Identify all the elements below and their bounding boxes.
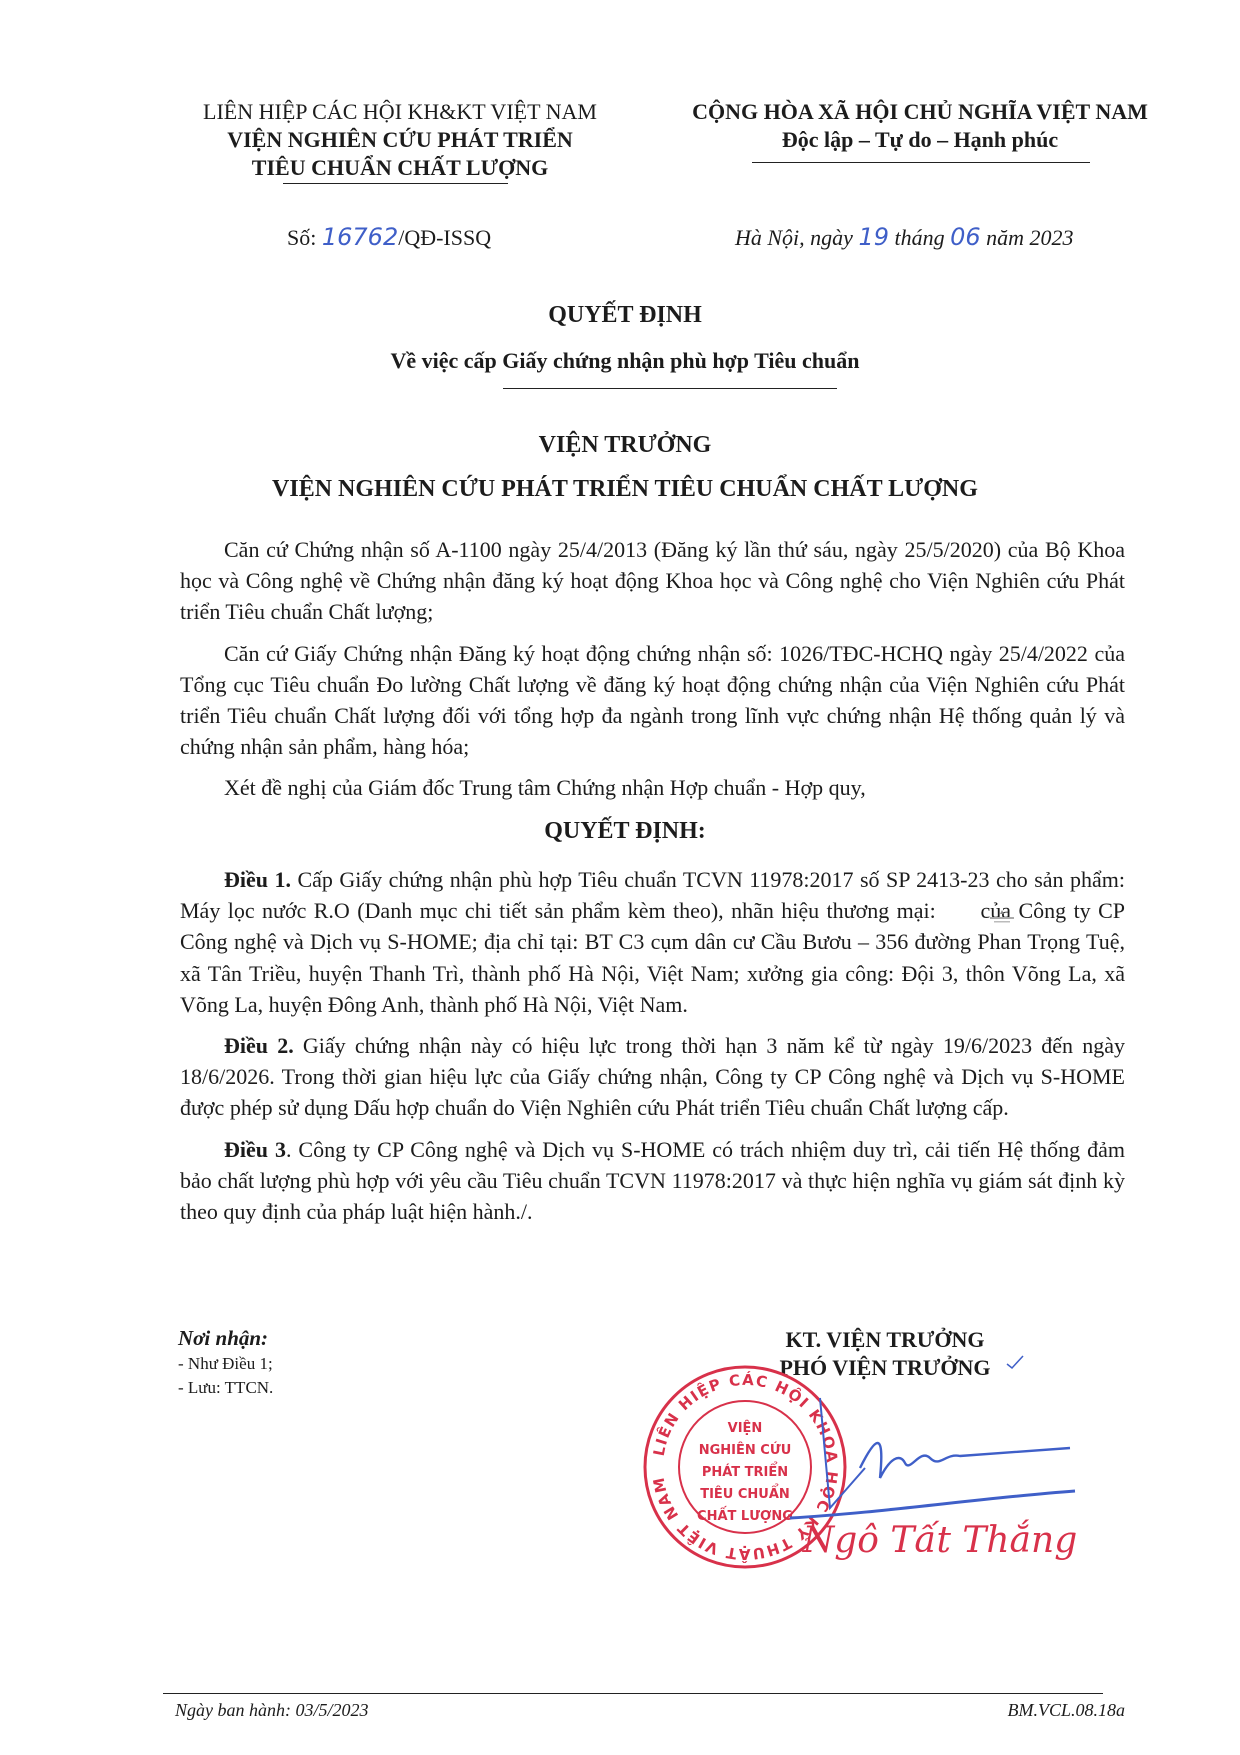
document-subtitle: Về việc cấp Giấy chứng nhận phù hợp Tiêu…: [150, 348, 1100, 374]
handwritten-month: 06: [950, 223, 981, 251]
header-right-divider: [752, 162, 1090, 163]
preamble-clause-1: Căn cứ Chứng nhận số A-1100 ngày 25/4/20…: [180, 534, 1125, 628]
preamble-clause-3: Xét đề nghị của Giám đốc Trung tâm Chứng…: [180, 772, 1125, 803]
article-3-label: Điều 3: [224, 1137, 286, 1162]
article-1-label: Điều 1.: [224, 867, 291, 892]
document-date: Hà Nội, ngày 19 tháng 06 năm 2023: [735, 223, 1074, 251]
authority-title: VIỆN TRƯỞNG: [150, 432, 1100, 459]
trademark-logo-icon: [943, 904, 973, 922]
motto: Độc lập – Tự do – Hạnh phúc: [655, 126, 1185, 154]
initial-check-mark-icon: [1005, 1352, 1025, 1372]
article-3: Điều 3. Công ty CP Công nghệ và Dịch vụ …: [180, 1134, 1125, 1228]
handwritten-number: 16762: [322, 223, 398, 251]
signer-name: Ngô Tất Thắng: [790, 1520, 1090, 1561]
country-name: CỘNG HÒA XÃ HỘI CHỦ NGHĨA VIỆT NAM: [655, 98, 1185, 126]
article-1: Điều 1. Cấp Giấy chứng nhận phù hợp Tiêu…: [180, 864, 1125, 1020]
national-motto: CỘNG HÒA XÃ HỘI CHỦ NGHĨA VIỆT NAM Độc l…: [655, 98, 1185, 154]
handwritten-day: 19: [858, 223, 889, 251]
handwritten-signature: [700, 1378, 1100, 1528]
preamble-clause-2: Căn cứ Giấy Chứng nhận Đăng ký hoạt động…: [180, 638, 1125, 763]
authority-institute: VIỆN NGHIÊN CỨU PHÁT TRIỂN TIÊU CHUẨN CH…: [150, 476, 1100, 503]
title-divider: [503, 388, 837, 389]
recipient-item: - Lưu: TTCN.: [178, 1376, 273, 1400]
form-code: BM.VCL.08.18a: [1007, 1700, 1125, 1721]
parent-organization: LIÊN HIỆP CÁC HỘI KH&KT VIỆT NAM: [150, 98, 650, 126]
document-number: Số: 16762/QĐ-ISSQ: [287, 223, 491, 251]
header-left-divider: [283, 183, 508, 184]
preamble: Căn cứ Chứng nhận số A-1100 ngày 25/4/20…: [180, 534, 1125, 814]
institute-name-line1: VIỆN NGHIÊN CỨU PHÁT TRIỂN: [150, 126, 650, 154]
recipients: Nơi nhận: - Như Điều 1; - Lưu: TTCN.: [178, 1326, 273, 1400]
institute-name-line2: TIÊU CHUẨN CHẤT LƯỢNG: [150, 154, 650, 182]
recipients-heading: Nơi nhận:: [178, 1326, 273, 1350]
article-2-label: Điều 2.: [224, 1033, 294, 1058]
recipient-item: - Như Điều 1;: [178, 1352, 273, 1376]
document-title: QUYẾT ĐỊNH: [150, 302, 1100, 329]
issuing-organization: LIÊN HIỆP CÁC HỘI KH&KT VIỆT NAM VIỆN NG…: [150, 98, 650, 182]
footer: Ngày ban hành: 03/5/2023 BM.VCL.08.18a: [175, 1700, 1125, 1721]
footer-divider: [163, 1693, 1103, 1694]
decision-heading: QUYẾT ĐỊNH:: [150, 818, 1100, 845]
article-2: Điều 2. Giấy chứng nhận này có hiệu lực …: [180, 1030, 1125, 1124]
articles: Điều 1. Cấp Giấy chứng nhận phù hợp Tiêu…: [180, 864, 1125, 1237]
issue-date: Ngày ban hành: 03/5/2023: [175, 1700, 369, 1720]
